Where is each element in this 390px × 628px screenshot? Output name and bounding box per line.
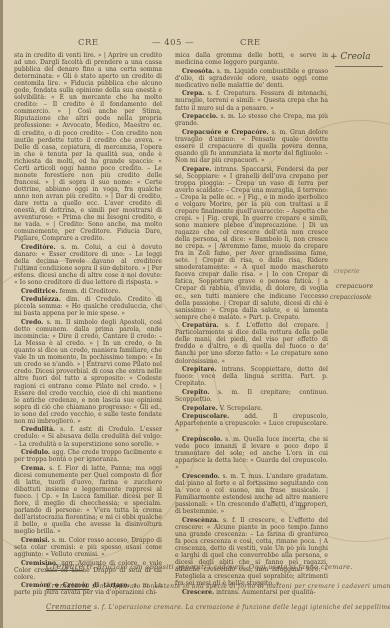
scanned-dictionary-page: CRE — 405 — CRE sta in credito di venti … [0, 0, 390, 628]
dictionary-entry: Creditrice. femm. di Creditore. [14, 288, 162, 295]
margin-note-creola: + Creola [330, 52, 371, 62]
margin-underline [335, 66, 383, 67]
dictionary-entry: Crescènza. s. f. Il crescere, e L'effett… [175, 517, 328, 587]
headword: Crepitare. [182, 366, 217, 373]
headword: Creditrice. [21, 288, 58, 295]
handwritten-term: Cremazione [46, 603, 91, 611]
dictionary-entry: Credo. s. m. Il simbolo degli Apostoli, … [14, 319, 162, 425]
dictionary-entry: Crepúscolo. s. m. Quella luce incerta, c… [175, 436, 328, 471]
dictionary-entry: Crema. s. f. Fior di latte, Panna; ma og… [14, 465, 162, 535]
headword: Crepa. [182, 90, 204, 97]
headword: Crescènza. [182, 517, 219, 524]
headword: Credo. [21, 319, 43, 326]
dictionary-entry: Crepitare. intrans. Scoppiettare, detto … [175, 366, 328, 387]
left-column: sta in credito di venti lire. » | Aprire… [14, 52, 162, 598]
dictionary-entry: sta in credito di venti lire. » | Aprire… [14, 52, 162, 242]
headword: Creosóta. [182, 68, 214, 75]
headword: Crepito. [182, 389, 209, 396]
dictionary-entry: Crepa. s. f. Crepatura. Fessura di inton… [175, 90, 328, 111]
dictionary-entry: Crepatúra. s. f. L'effetto del crepare. … [175, 322, 328, 364]
headword: Crescendo. [182, 473, 220, 480]
headword: Credulézza. [21, 296, 61, 303]
dictionary-entry: Credulézza. dim. di Credulo. Credito di … [14, 296, 162, 317]
header-left-guideword: CRE [78, 38, 99, 48]
headword: Crepolare. [182, 405, 218, 412]
margin-note: crepacciosole [330, 294, 372, 301]
headword: Crepare. [182, 166, 211, 173]
headword: Crepúscolo. [182, 436, 222, 443]
dictionary-entry: Cremisi. s. m. Color rosso acceso, Drapp… [14, 537, 162, 558]
headword: Creditóre. [21, 244, 56, 251]
dictionary-entry: Crédulo. agg. Che crede troppo facilment… [14, 449, 162, 463]
dictionary-entry: Creditóre. s. m. Colui, a cui è dovuto d… [14, 244, 162, 286]
headword: Credulità. [21, 426, 55, 433]
handwritten-term: Cremare [46, 562, 84, 571]
headword: Crepuscolare. [182, 413, 229, 420]
margin-note: crepacuore [336, 282, 373, 290]
headword: Crepatúra. [182, 322, 219, 329]
handwritten-entry: Cremare tr. Bruciare con appositi appara… [46, 562, 353, 571]
dictionary-entry: mica dalla gromma delle botti, e serve i… [175, 52, 328, 66]
dictionary-entry: Crepaccio. s. m. Lo stesso che Crepa, ma… [175, 113, 328, 127]
handwritten-entry: Cremazione s. f. L'operazione cremare. L… [46, 603, 390, 611]
dictionary-entry: Crepuscolare. add. Il crepuscolo, Appart… [175, 413, 328, 434]
handwritten-entry: Crematorio s. m. Apparato consistente in… [46, 582, 390, 590]
signature-mark: 39 [298, 505, 306, 512]
header-right-guideword: CRE [240, 38, 261, 48]
running-header: CRE — 405 — CRE [0, 38, 330, 50]
headword: Crepaccio. [182, 113, 218, 120]
margin-note: creperie [334, 268, 360, 275]
headword: Crepacuóre e Crepacóre. [182, 129, 269, 136]
headword: Cremisi. [21, 537, 50, 544]
headword: Crema. [21, 465, 45, 472]
dictionary-entry: Credulità. s. f. astr. di Credulo. L'ess… [14, 426, 162, 447]
dictionary-entry: Creosóta. s. m. Liquido combustibile e g… [175, 68, 328, 89]
right-column: mica dalla gromma delle botti, e serve i… [175, 52, 328, 597]
page-number: — 405 — [152, 38, 194, 48]
dictionary-entry: Crepolare. V. Screpolare. [175, 405, 328, 412]
dictionary-entry: Crepito. s. m. Il crepitare; continuo. S… [175, 389, 328, 403]
headword: Crédulo. [21, 449, 50, 456]
handwritten-term: Crematorio [46, 582, 89, 590]
dictionary-entry: Crepacuóre e Crepacóre. s. m. Gran dolor… [175, 129, 328, 164]
dictionary-entry: Crepare. intrans. Spaccarsi, Fendersi da… [175, 166, 328, 321]
